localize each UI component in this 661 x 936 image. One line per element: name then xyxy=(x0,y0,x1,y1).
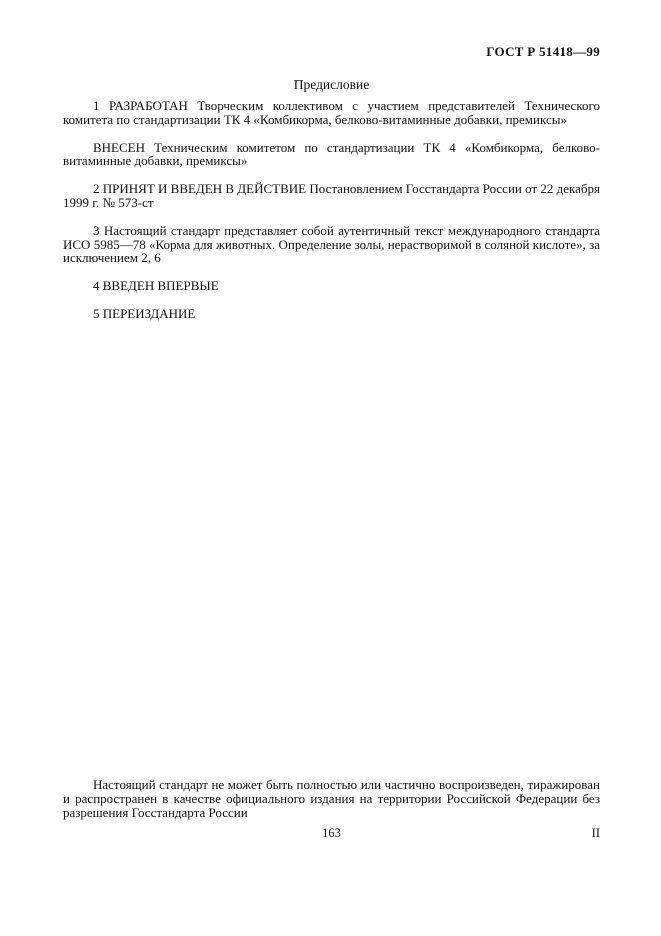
preface-paragraph-1: 1 РАЗРАБОТАН Творческим коллективом с уч… xyxy=(63,99,600,127)
preface-paragraph-4: 3 Настоящий стандарт представляет собой … xyxy=(63,224,600,265)
folio-numeral: II xyxy=(592,826,600,841)
preface-paragraph-3: 2 ПРИНЯТ И ВВЕДЕН В ДЕЙСТВИЕ Постановлен… xyxy=(63,182,600,210)
preface-body: 1 РАЗРАБОТАН Творческим коллективом с уч… xyxy=(63,99,600,335)
folio-row: 163 II xyxy=(63,826,600,842)
preface-title: Предисловие xyxy=(63,77,600,93)
doc-number: ГОСТ Р 51418—99 xyxy=(63,44,600,60)
document-page: ГОСТ Р 51418—99 Предисловие 1 РАЗРАБОТАН… xyxy=(0,0,661,936)
copyright-note: Настоящий стандарт не может быть полност… xyxy=(63,778,600,819)
preface-paragraph-2: ВНЕСЕН Техническим комитетом по стандарт… xyxy=(63,141,600,169)
preface-paragraph-5: 4 ВВЕДЕН ВПЕРВЫЕ xyxy=(63,279,600,293)
page-number: 163 xyxy=(63,826,600,841)
preface-paragraph-6: 5 ПЕРЕИЗДАНИЕ xyxy=(63,307,600,321)
